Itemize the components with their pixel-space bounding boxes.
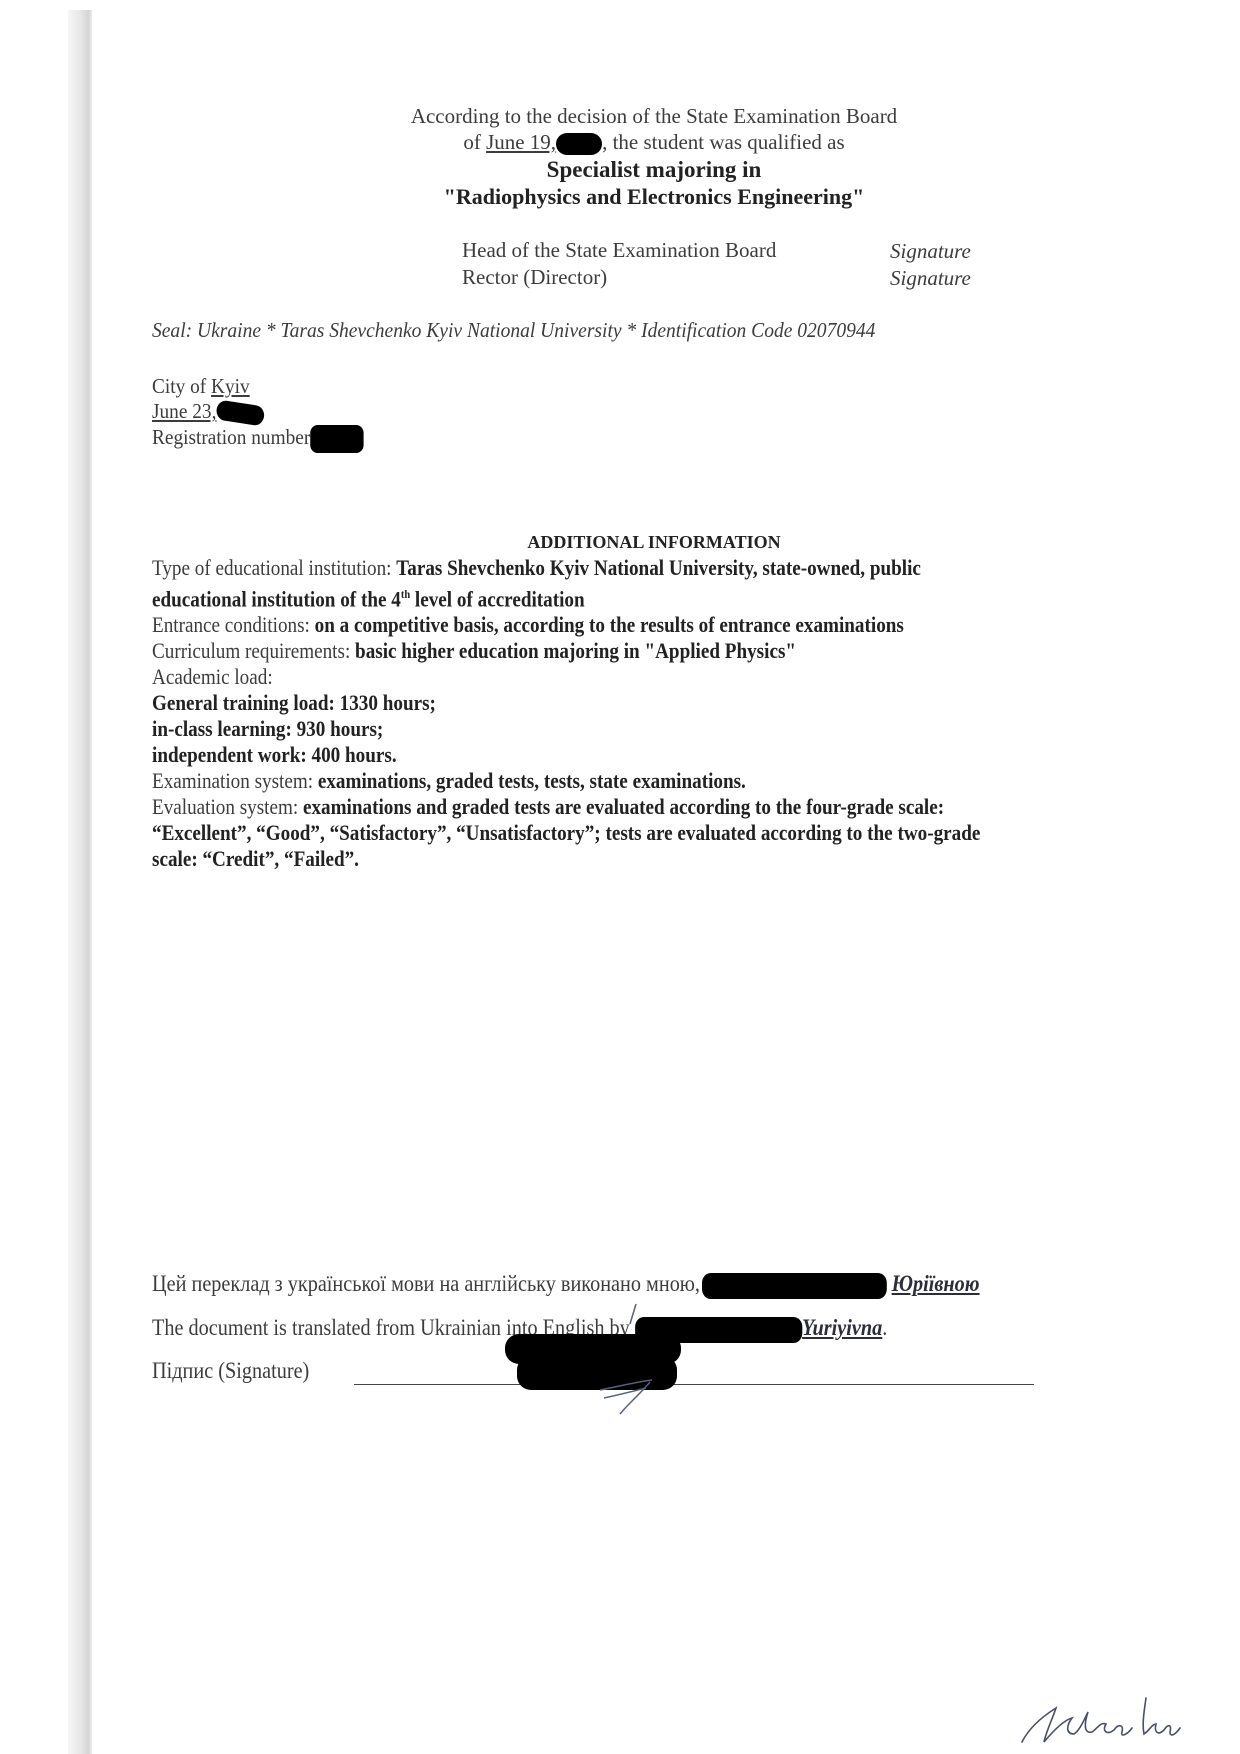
qualification-title: Specialist majoring in	[0, 157, 1240, 183]
translator-signature-label: Підпис (Signature)	[152, 1358, 309, 1384]
signature-line	[354, 1384, 1034, 1385]
evaluation-system: Evaluation system: examinations and grad…	[152, 794, 980, 820]
load-independent: independent work: 400 hours.	[152, 742, 980, 768]
signature-scribble-icon	[590, 1302, 670, 1422]
specialty-title: "Radiophysics and Electronics Engineerin…	[0, 184, 1240, 210]
translator-ua-line: Цей переклад з української мови на англі…	[152, 1271, 980, 1299]
signatory-role-head: Head of the State Examination Board	[462, 238, 776, 263]
redaction-mark-icon	[215, 400, 265, 427]
decision-line-1: According to the decision of the State E…	[0, 104, 1240, 129]
seal-description: Seal: Ukraine * Taras Shevchenko Kyiv Na…	[152, 318, 875, 343]
signatory-role-rector: Rector (Director)	[462, 265, 607, 290]
load-inclass: in-class learning: 930 hours;	[152, 716, 980, 742]
entrance-conditions: Entrance conditions: on a competitive ba…	[152, 612, 980, 638]
institution-type-cont: educational institution of the 4th level…	[152, 581, 980, 612]
issue-date-line: June 23,	[152, 399, 264, 424]
signatory-signature-rector: Signature	[890, 266, 971, 291]
signature-scribble-icon	[1018, 1690, 1198, 1750]
evaluation-system-cont-1: “Excellent”, “Good”, “Satisfactory”, “Un…	[152, 820, 980, 846]
academic-load-label: Academic load:	[152, 664, 980, 690]
city-line: City of Kyiv	[152, 374, 250, 399]
curriculum-requirements: Curriculum requirements: basic higher ed…	[152, 638, 980, 664]
institution-type: Type of educational institution: Taras S…	[152, 555, 980, 581]
load-general: General training load: 1330 hours;	[152, 690, 980, 716]
redaction-mark-icon	[556, 133, 602, 155]
additional-info-body: Type of educational institution: Taras S…	[152, 555, 980, 872]
signatory-signature-head: Signature	[890, 239, 971, 264]
registration-line: Registration number	[152, 425, 364, 453]
redaction-mark-icon	[310, 425, 363, 453]
examination-system: Examination system: examinations, graded…	[152, 768, 980, 794]
decision-line-2: of June 19,, the student was qualified a…	[0, 130, 1240, 155]
decision-date: June 19,	[486, 130, 556, 154]
city-name: Kyiv	[211, 374, 250, 398]
evaluation-system-cont-2: scale: “Credit”, “Failed”.	[152, 846, 980, 872]
redaction-mark-icon	[702, 1273, 887, 1299]
scan-edge-shadow	[68, 10, 92, 1754]
additional-info-title: ADDITIONAL INFORMATION	[0, 532, 1240, 553]
